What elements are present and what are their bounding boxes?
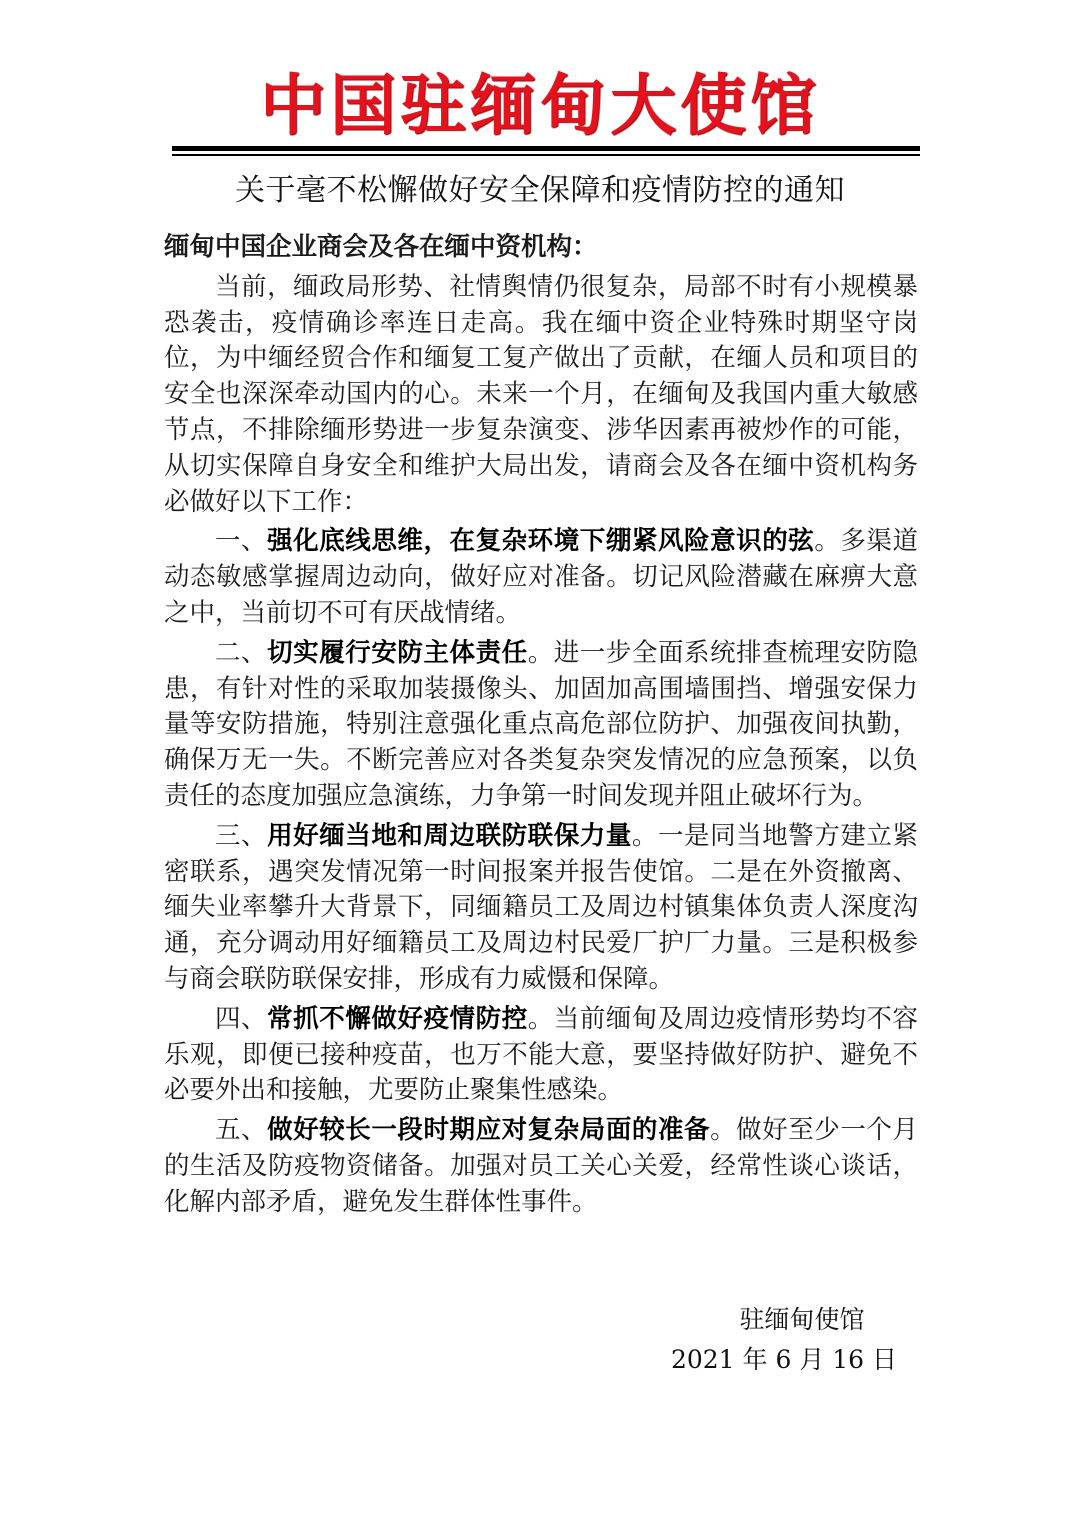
item-4: 四、常抓不懈做好疫情防控。当前缅甸及周边疫情形势均不容乐观，即便已接种疫苗，也万… [164,1002,918,1109]
item-heading: 强化底线思维，在复杂环境下绷紧风险意识的弦 [267,526,814,556]
item-number: 二、 [215,638,267,668]
item-number: 一、 [215,526,267,556]
signature-date: 2021 年 6 月 16 日 [634,1340,934,1376]
item-5: 五、做好较长一段时期应对复杂局面的准备。做好至少一个月的生活及防疫物资储备。加强… [164,1113,918,1220]
item-number: 四、 [215,1004,267,1034]
item-heading: 做好较长一段时期应对复杂局面的准备 [267,1115,710,1145]
letterhead-divider-thick [172,146,920,151]
salutation: 缅甸中国企业商会及各在缅中资机构： [164,230,918,266]
item-2: 二、切实履行安防主体责任。进一步全面系统排查梳理安防隐患，有针对性的采取加装摄像… [164,636,918,815]
item-heading: 常抓不懈做好疫情防控 [267,1004,528,1034]
signature-org: 驻缅甸使馆 [652,1300,952,1336]
item-3: 三、用好缅当地和周边联防联保力量。一是同当地警方建立紧密联系，遇突发情况第一时间… [164,819,918,998]
notice-body: 缅甸中国企业商会及各在缅中资机构： 当前，缅政局形势、社情舆情仍很复杂，局部不时… [164,230,918,1225]
intro-paragraph: 当前，缅政局形势、社情舆情仍很复杂，局部不时有小规模暴恐袭击，疫情确诊率连日走高… [164,270,918,521]
item-heading: 切实履行安防主体责任 [267,638,528,668]
item-1: 一、强化底线思维，在复杂环境下绷紧风险意识的弦。多渠道动态敏感掌握周边动向，做好… [164,524,918,631]
item-heading: 用好缅当地和周边联防联保力量 [267,821,632,851]
letterhead-org-name: 中国驻缅甸大使馆 [0,66,1080,146]
item-number: 五、 [215,1115,267,1145]
notice-title: 关于毫不松懈做好安全保障和疫情防控的通知 [0,168,1080,214]
letterhead-divider-thin [172,154,920,156]
item-number: 三、 [215,821,267,851]
